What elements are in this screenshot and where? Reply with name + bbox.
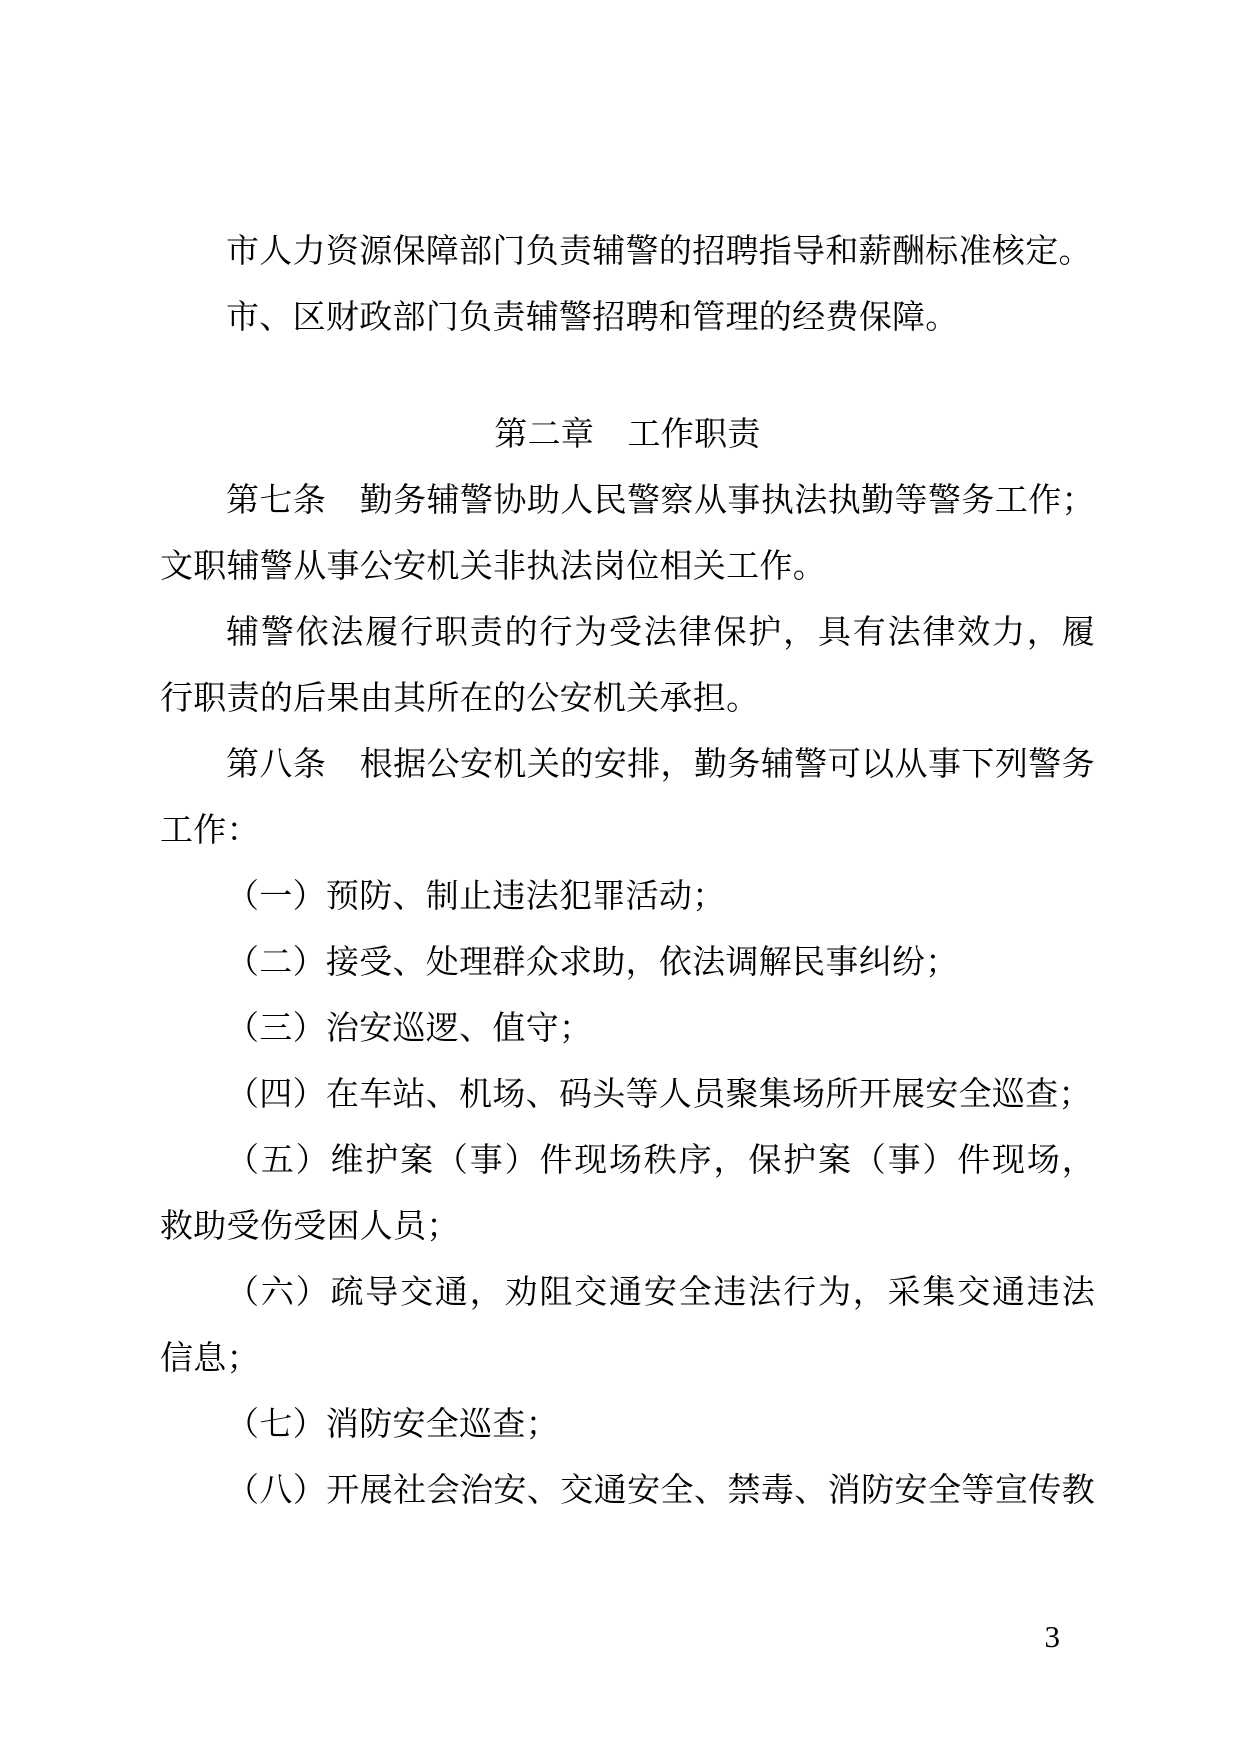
text-line: （三）治安巡逻、值守； bbox=[160, 995, 1095, 1061]
text-line: 市、区财政部门负责辅警招聘和管理的经费保障。 bbox=[160, 284, 1095, 350]
document-body: 市人力资源保障部门负责辅警的招聘指导和薪酬标准核定。市、区财政部门负责辅警招聘和… bbox=[160, 218, 1095, 1523]
text-line: 行职责的后果由其所在的公安机关承担。 bbox=[160, 665, 1095, 731]
text-line: （四）在车站、机场、码头等人员聚集场所开展安全巡查； bbox=[160, 1061, 1095, 1127]
text-line: 信息； bbox=[160, 1325, 1095, 1391]
text-line: （一）预防、制止违法犯罪活动； bbox=[160, 863, 1095, 929]
text-line: 市人力资源保障部门负责辅警的招聘指导和薪酬标准核定。 bbox=[160, 218, 1095, 284]
text-line: （八）开展社会治安、交通安全、禁毒、消防安全等宣传教 bbox=[160, 1457, 1095, 1523]
page-number: 3 bbox=[1045, 1616, 1061, 1658]
text-line: 辅警依法履行职责的行为受法律保护，具有法律效力，履 bbox=[160, 599, 1095, 665]
text-line: （六）疏导交通，劝阻交通安全违法行为，采集交通违法 bbox=[160, 1259, 1095, 1325]
text-line: 第八条 根据公安机关的安排，勤务辅警可以从事下列警务 bbox=[160, 731, 1095, 797]
text-line: （五）维护案（事）件现场秩序，保护案（事）件现场， bbox=[160, 1127, 1095, 1193]
text-line: 文职辅警从事公安机关非执法岗位相关工作。 bbox=[160, 533, 1095, 599]
text-line: 工作： bbox=[160, 797, 1095, 863]
chapter-heading: 第二章 工作职责 bbox=[160, 401, 1095, 467]
text-line: （七）消防安全巡查； bbox=[160, 1391, 1095, 1457]
text-line: 救助受伤受困人员； bbox=[160, 1193, 1095, 1259]
document-page: 市人力资源保障部门负责辅警的招聘指导和薪酬标准核定。市、区财政部门负责辅警招聘和… bbox=[0, 0, 1240, 1754]
text-line: 第七条 勤务辅警协助人民警察从事执法执勤等警务工作； bbox=[160, 467, 1095, 533]
text-line: （二）接受、处理群众求助，依法调解民事纠纷； bbox=[160, 929, 1095, 995]
